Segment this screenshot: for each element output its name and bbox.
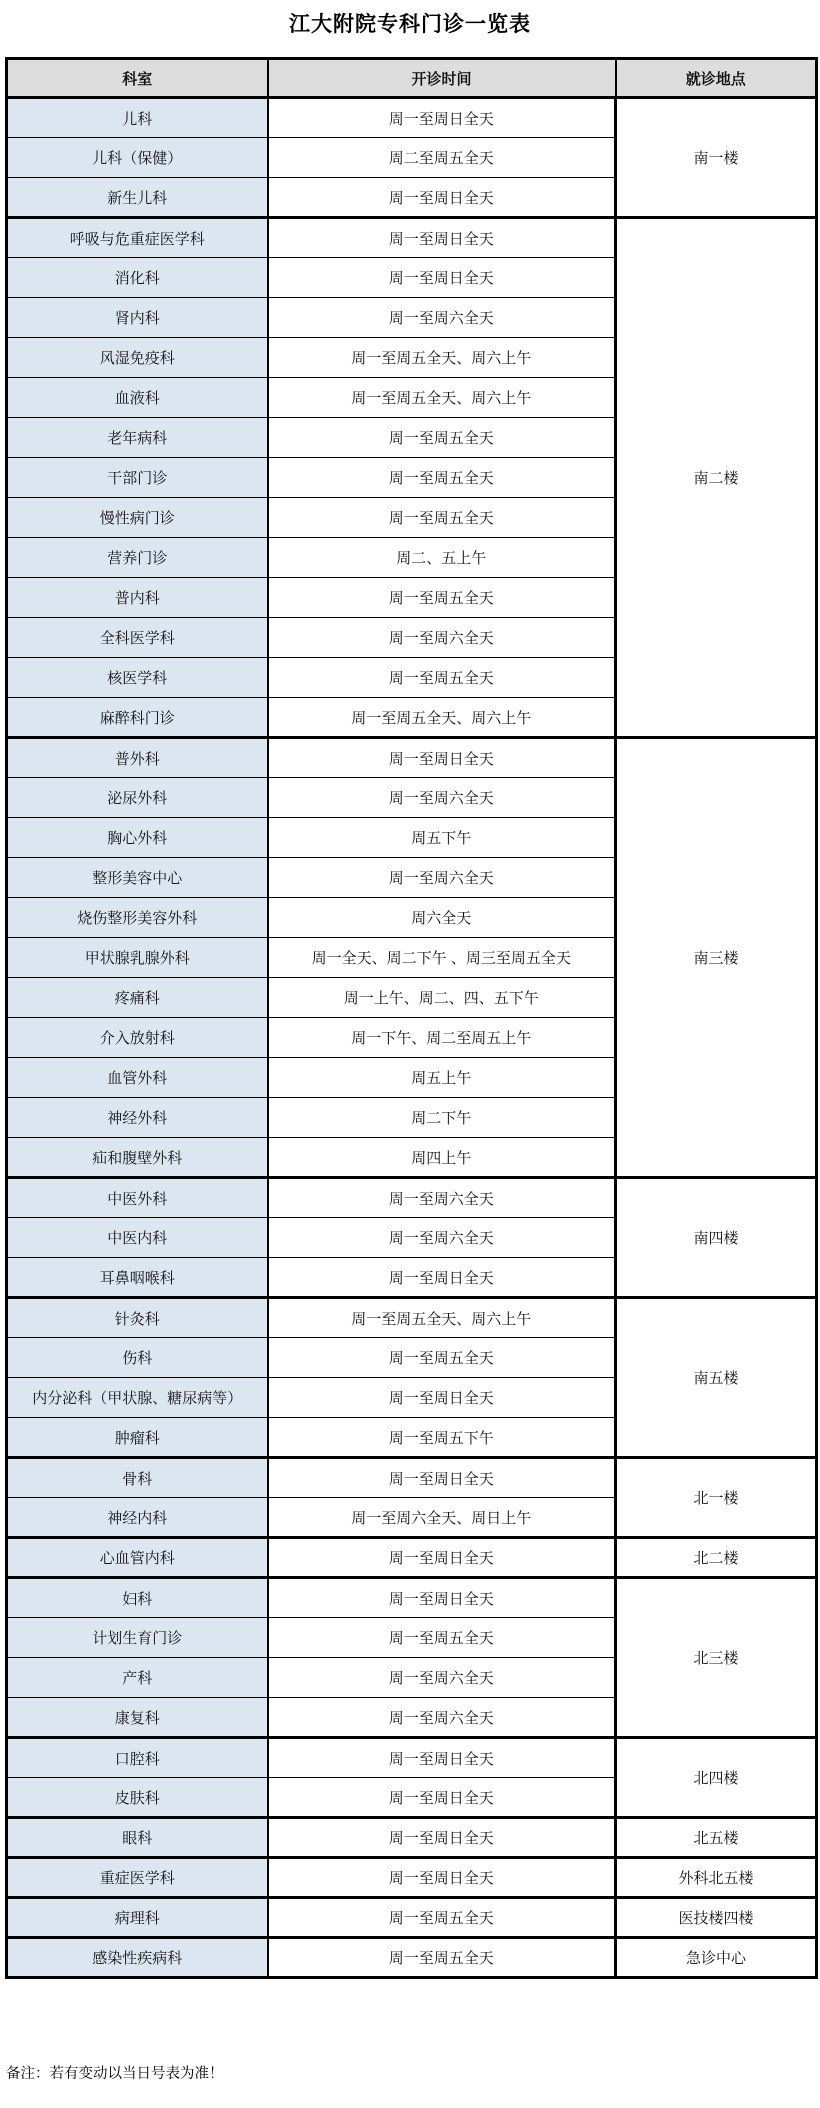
department-cell: 神经内科: [7, 1498, 268, 1538]
location-cell: 北一楼: [616, 1458, 817, 1538]
time-cell: 周一至周五全天: [268, 1618, 616, 1658]
department-cell: 普外科: [7, 738, 268, 778]
table-row: 心血管内科周一至周日全天北二楼: [7, 1538, 817, 1578]
location-cell: 南四楼: [616, 1178, 817, 1298]
department-cell: 烧伤整形美容外科: [7, 898, 268, 938]
table-row: 骨科周一至周日全天北一楼: [7, 1458, 817, 1498]
department-cell: 肿瘤科: [7, 1418, 268, 1458]
time-cell: 周一至周六全天: [268, 1658, 616, 1698]
department-cell: 中医外科: [7, 1178, 268, 1218]
time-cell: 周一至周日全天: [268, 1778, 616, 1818]
page-title: 江大附院专科门诊一览表: [0, 8, 820, 38]
location-cell: 北二楼: [616, 1538, 817, 1578]
department-cell: 病理科: [7, 1898, 268, 1938]
time-cell: 周一至周日全天: [268, 218, 616, 258]
department-cell: 肾内科: [7, 298, 268, 338]
department-cell: 核医学科: [7, 658, 268, 698]
department-cell: 产科: [7, 1658, 268, 1698]
location-cell: 急诊中心: [616, 1938, 817, 1978]
location-cell: 医技楼四楼: [616, 1898, 817, 1938]
table-row: 针灸科周一至周五全天、周六上午南五楼: [7, 1298, 817, 1338]
time-cell: 周一至周日全天: [268, 1578, 616, 1618]
department-cell: 重症医学科: [7, 1858, 268, 1898]
time-cell: 周一至周六全天: [268, 858, 616, 898]
time-cell: 周一至周日全天: [268, 1258, 616, 1298]
table-row: 感染性疾病科周一至周五全天急诊中心: [7, 1938, 817, 1978]
table-row: 中医外科周一至周六全天南四楼: [7, 1178, 817, 1218]
footnote: 备注：若有变动以当日号表为准！: [6, 2062, 224, 2083]
department-cell: 呼吸与危重症医学科: [7, 218, 268, 258]
location-cell: 南五楼: [616, 1298, 817, 1458]
time-cell: 周一至周六全天、周日上午: [268, 1498, 616, 1538]
time-cell: 周一至周六全天: [268, 298, 616, 338]
header-row: 科室 开诊时间 就诊地点: [7, 59, 817, 98]
department-cell: 神经外科: [7, 1098, 268, 1138]
time-cell: 周一至周日全天: [268, 738, 616, 778]
time-cell: 周一至周六全天: [268, 778, 616, 818]
department-cell: 康复科: [7, 1698, 268, 1738]
department-cell: 营养门诊: [7, 538, 268, 578]
time-cell: 周一全天、周二下午 、周三至周五全天: [268, 938, 616, 978]
department-cell: 疼痛科: [7, 978, 268, 1018]
location-cell: 南一楼: [616, 98, 817, 218]
department-cell: 血液科: [7, 378, 268, 418]
department-cell: 消化科: [7, 258, 268, 298]
time-cell: 周一至周五全天、周六上午: [268, 338, 616, 378]
department-cell: 儿科: [7, 98, 268, 138]
department-cell: 儿科（保健）: [7, 138, 268, 178]
table-row: 重症医学科周一至周日全天外科北五楼: [7, 1858, 817, 1898]
table-row: 病理科周一至周五全天医技楼四楼: [7, 1898, 817, 1938]
department-cell: 内分泌科（甲状腺、糖尿病等）: [7, 1378, 268, 1418]
time-cell: 周一至周六全天: [268, 1218, 616, 1258]
time-cell: 周一至周五全天: [268, 658, 616, 698]
time-cell: 周一至周五全天、周六上午: [268, 1298, 616, 1338]
department-cell: 胸心外科: [7, 818, 268, 858]
location-cell: 北四楼: [616, 1738, 817, 1818]
location-cell: 北三楼: [616, 1578, 817, 1738]
department-cell: 中医内科: [7, 1218, 268, 1258]
department-cell: 妇科: [7, 1578, 268, 1618]
department-cell: 普内科: [7, 578, 268, 618]
time-cell: 周一至周日全天: [268, 258, 616, 298]
department-cell: 甲状腺乳腺外科: [7, 938, 268, 978]
column-header-time: 开诊时间: [268, 59, 616, 98]
time-cell: 周一至周日全天: [268, 1818, 616, 1858]
department-cell: 计划生育门诊: [7, 1618, 268, 1658]
department-cell: 口腔科: [7, 1738, 268, 1778]
time-cell: 周一至周五全天、周六上午: [268, 378, 616, 418]
time-cell: 周二下午: [268, 1098, 616, 1138]
time-cell: 周一至周日全天: [268, 1858, 616, 1898]
time-cell: 周一至周五全天: [268, 1898, 616, 1938]
time-cell: 周一至周五全天: [268, 1338, 616, 1378]
department-cell: 风湿免疫科: [7, 338, 268, 378]
table-row: 妇科周一至周日全天北三楼: [7, 1578, 817, 1618]
schedule-tbody: 儿科周一至周日全天南一楼儿科（保健）周二至周五全天新生儿科周一至周日全天呼吸与危…: [7, 98, 817, 1978]
table-row: 眼科周一至周日全天北五楼: [7, 1818, 817, 1858]
department-cell: 介入放射科: [7, 1018, 268, 1058]
table-row: 普外科周一至周日全天南三楼: [7, 738, 817, 778]
table-row: 口腔科周一至周日全天北四楼: [7, 1738, 817, 1778]
time-cell: 周一至周日全天: [268, 1378, 616, 1418]
location-cell: 南二楼: [616, 218, 817, 738]
time-cell: 周一至周五全天: [268, 1938, 616, 1978]
time-cell: 周一至周日全天: [268, 1458, 616, 1498]
time-cell: 周一至周六全天: [268, 1178, 616, 1218]
time-cell: 周一至周五全天: [268, 578, 616, 618]
department-cell: 整形美容中心: [7, 858, 268, 898]
time-cell: 周一至周五全天: [268, 418, 616, 458]
time-cell: 周一至周五下午: [268, 1418, 616, 1458]
time-cell: 周五下午: [268, 818, 616, 858]
department-cell: 耳鼻咽喉科: [7, 1258, 268, 1298]
table-row: 呼吸与危重症医学科周一至周日全天南二楼: [7, 218, 817, 258]
department-cell: 麻醉科门诊: [7, 698, 268, 738]
department-cell: 骨科: [7, 1458, 268, 1498]
department-cell: 血管外科: [7, 1058, 268, 1098]
time-cell: 周一至周五全天、周六上午: [268, 698, 616, 738]
department-cell: 疝和腹壁外科: [7, 1138, 268, 1178]
department-cell: 泌尿外科: [7, 778, 268, 818]
time-cell: 周一至周六全天: [268, 618, 616, 658]
time-cell: 周一至周五全天: [268, 498, 616, 538]
location-cell: 北五楼: [616, 1818, 817, 1858]
department-cell: 心血管内科: [7, 1538, 268, 1578]
time-cell: 周二至周五全天: [268, 138, 616, 178]
department-cell: 全科医学科: [7, 618, 268, 658]
department-cell: 皮肤科: [7, 1778, 268, 1818]
department-cell: 干部门诊: [7, 458, 268, 498]
location-cell: 外科北五楼: [616, 1858, 817, 1898]
department-cell: 眼科: [7, 1818, 268, 1858]
table-header: 科室 开诊时间 就诊地点: [7, 59, 817, 98]
time-cell: 周五上午: [268, 1058, 616, 1098]
time-cell: 周四上午: [268, 1138, 616, 1178]
time-cell: 周一至周日全天: [268, 1538, 616, 1578]
time-cell: 周二、五上午: [268, 538, 616, 578]
location-cell: 南三楼: [616, 738, 817, 1178]
table-row: 儿科周一至周日全天南一楼: [7, 98, 817, 138]
department-cell: 针灸科: [7, 1298, 268, 1338]
clinic-schedule-table: 科室 开诊时间 就诊地点 儿科周一至周日全天南一楼儿科（保健）周二至周五全天新生…: [5, 57, 818, 1979]
time-cell: 周一至周日全天: [268, 178, 616, 218]
department-cell: 伤科: [7, 1338, 268, 1378]
page: 江大附院专科门诊一览表 科室 开诊时间 就诊地点 儿科周一至周日全天南一楼儿科（…: [0, 0, 820, 2108]
time-cell: 周一至周五全天: [268, 458, 616, 498]
time-cell: 周一下午、周二至周五上午: [268, 1018, 616, 1058]
time-cell: 周一上午、周二、四、五下午: [268, 978, 616, 1018]
department-cell: 新生儿科: [7, 178, 268, 218]
department-cell: 慢性病门诊: [7, 498, 268, 538]
column-header-location: 就诊地点: [616, 59, 817, 98]
department-cell: 老年病科: [7, 418, 268, 458]
time-cell: 周一至周日全天: [268, 1738, 616, 1778]
department-cell: 感染性疾病科: [7, 1938, 268, 1978]
time-cell: 周六全天: [268, 898, 616, 938]
time-cell: 周一至周六全天: [268, 1698, 616, 1738]
column-header-department: 科室: [7, 59, 268, 98]
time-cell: 周一至周日全天: [268, 98, 616, 138]
